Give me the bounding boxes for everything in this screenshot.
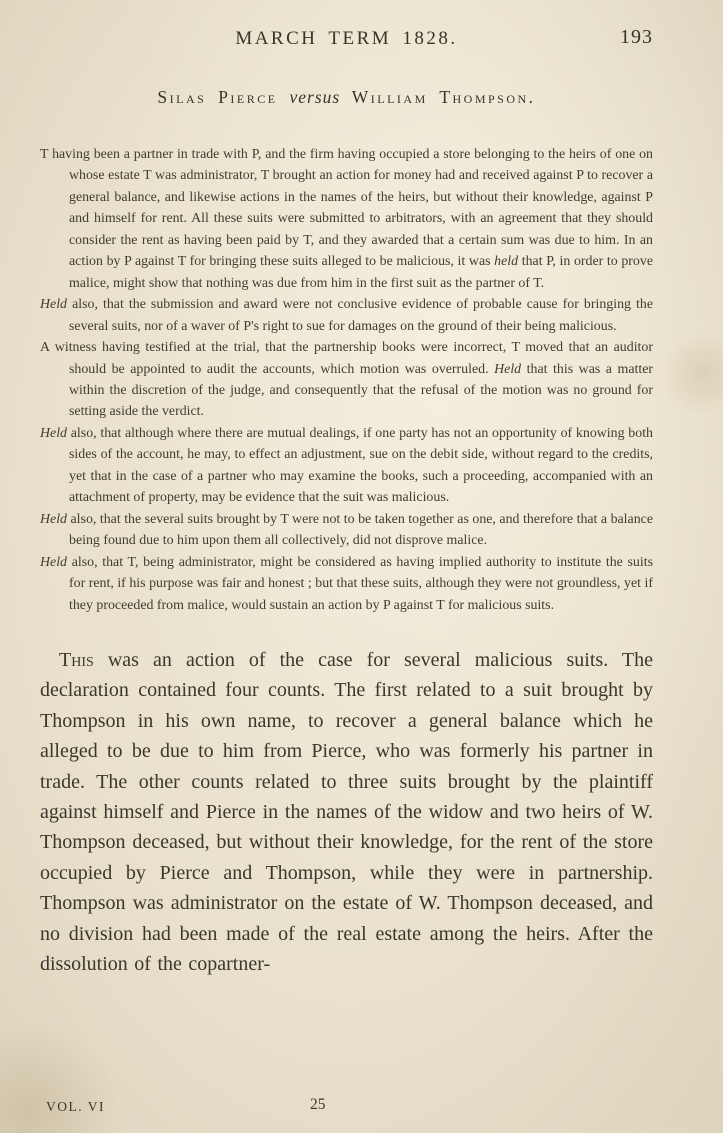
page-header: MARCH TERM 1828. 193 [40, 0, 653, 54]
case-title: Silas Pierce versus William Thompson. [40, 87, 653, 108]
running-head: MARCH TERM 1828. [40, 28, 653, 50]
headnote-paragraph: Held also, that the submission and award… [40, 294, 653, 337]
book-page: MARCH TERM 1828. 193 Silas Pierce versus… [0, 0, 723, 1133]
case-title-plaintiff: Silas Pierce [157, 87, 277, 107]
opinion-text: This was an action of the case for sever… [40, 645, 653, 979]
headnote-paragraph: Held also, that the several suits brough… [40, 509, 653, 552]
headnote-paragraph: A witness having testified at the trial,… [40, 337, 653, 423]
headnote-paragraph: Held also, that although where there are… [40, 423, 653, 509]
headnote-list: T having been a partner in trade with P,… [40, 144, 653, 616]
case-title-defendant: William Thompson. [352, 87, 536, 107]
opinion-paragraph: This was an action of the case for sever… [40, 645, 653, 979]
headnote-paragraph: Held also, that T, being administrator, … [40, 552, 653, 616]
headnote-paragraph: T having been a partner in trade with P,… [40, 144, 653, 294]
footer-signature-number: 25 [310, 1096, 326, 1114]
page-number: 193 [620, 26, 653, 49]
case-title-versus: versus [289, 87, 340, 107]
page-content: MARCH TERM 1828. 193 Silas Pierce versus… [40, 0, 653, 979]
footer-volume-label: VOL. VI [46, 1099, 105, 1115]
